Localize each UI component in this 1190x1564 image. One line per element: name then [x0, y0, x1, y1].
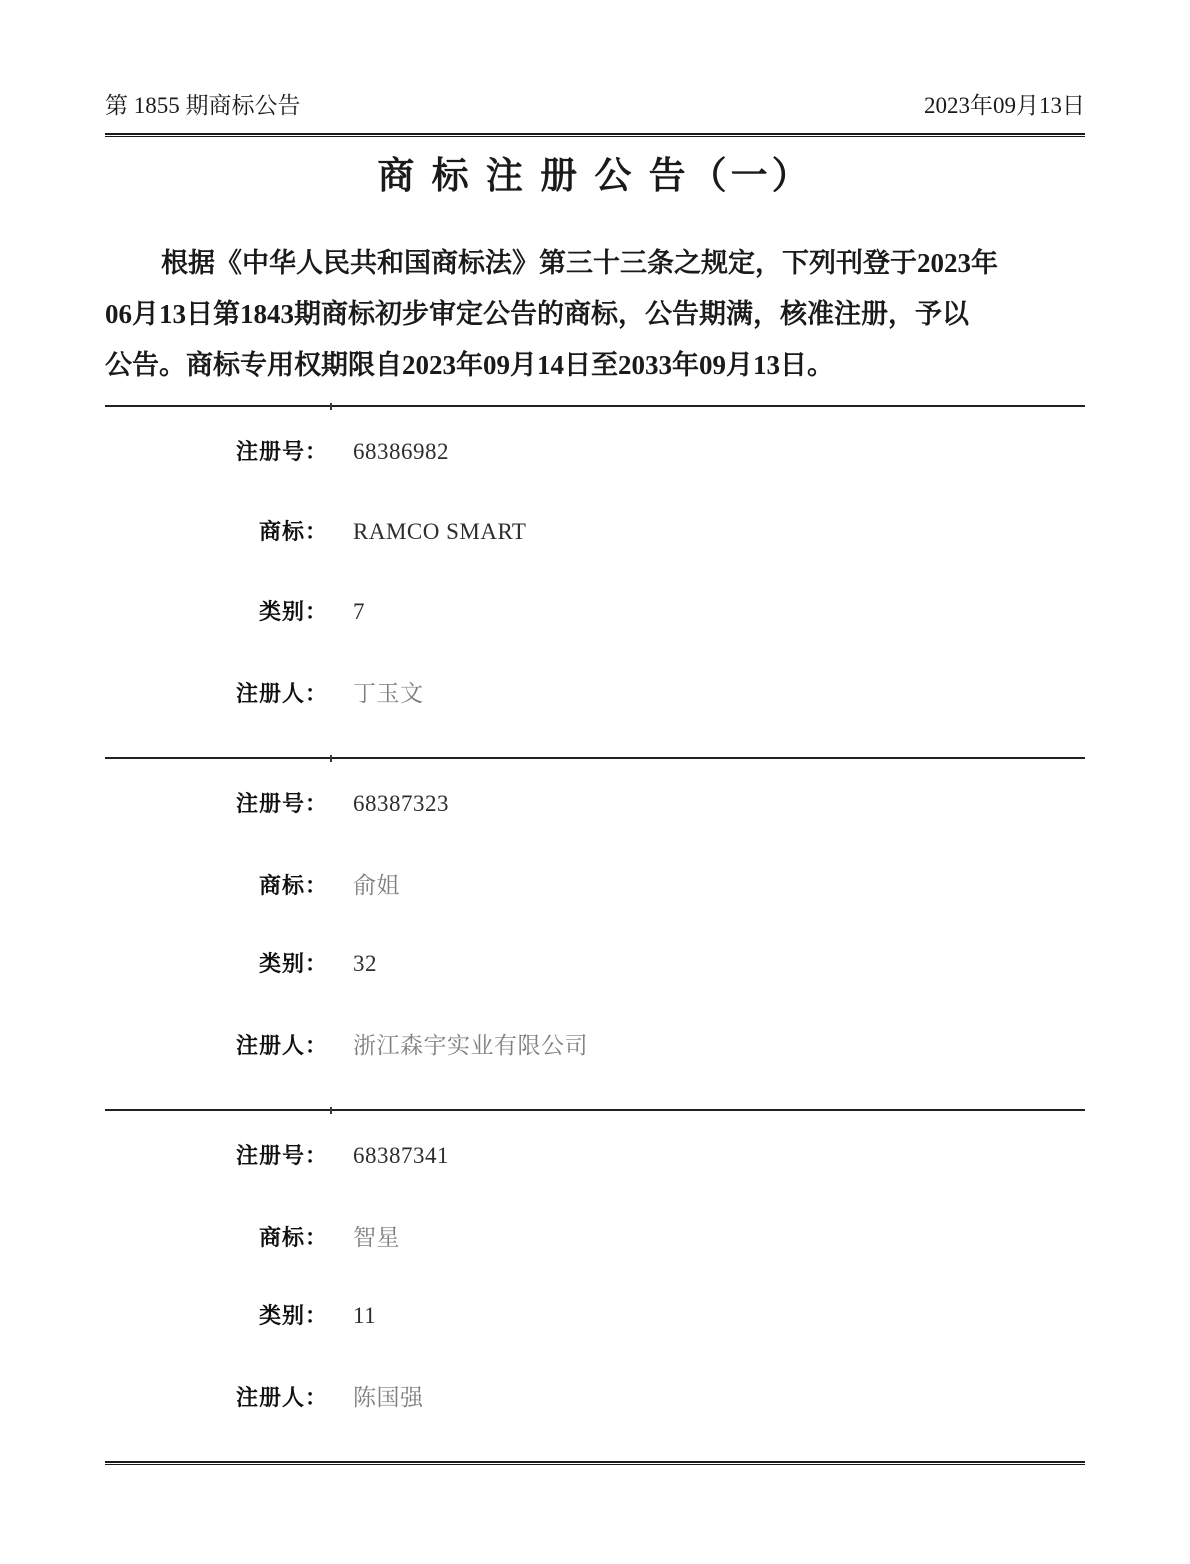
- page-header: 第 1855 期商标公告 2023年09月13日: [105, 0, 1085, 120]
- trademark-record: 注册号： 68386982 商标： RAMCO SMART 类别： 7 注册人：…: [105, 407, 1085, 757]
- field-label-registrant: 注册人：: [105, 1381, 328, 1412]
- field-value-reg-no: 68387341: [353, 1143, 449, 1169]
- page-title: 商 标 注 册 公 告（一）: [105, 153, 1085, 201]
- field-label-trademark: 商标：: [105, 515, 328, 546]
- issue-label: 第 1855 期商标公告: [105, 92, 301, 120]
- field-row-registrant: 注册人： 陈国强: [105, 1379, 1085, 1406]
- field-row-category: 类别： 11: [105, 1299, 1085, 1326]
- divider-tick: [330, 1107, 332, 1114]
- document-page: 第 1855 期商标公告 2023年09月13日 商 标 注 册 公 告（一） …: [0, 0, 1190, 1465]
- field-label-trademark: 商标：: [105, 869, 328, 900]
- field-row-reg-no: 注册号： 68386982: [105, 435, 1085, 462]
- intro-line: 根据《中华人民共和国商标法》第三十三条之规定，下列刊登于2023年: [105, 238, 1085, 289]
- intro-line: 公告。商标专用权期限自2023年09月14日至2033年09月13日。: [105, 340, 1085, 391]
- field-row-trademark: 商标： 俞姐: [105, 867, 1085, 894]
- field-label-registrant: 注册人：: [105, 677, 328, 708]
- divider-tick: [330, 755, 332, 762]
- field-value-registrant: 丁玉文: [353, 675, 424, 708]
- trademark-record: 注册号： 68387341 商标： 智星 类别： 11 注册人： 陈国强: [105, 1111, 1085, 1461]
- record-divider: [105, 757, 1085, 759]
- field-value-trademark: RAMCO SMART: [353, 519, 526, 545]
- field-row-reg-no: 注册号： 68387323: [105, 787, 1085, 814]
- record-divider: [105, 1109, 1085, 1111]
- field-value-category: 11: [353, 1303, 376, 1329]
- field-label-category: 类别：: [105, 595, 328, 626]
- field-label-reg-no: 注册号：: [105, 787, 328, 818]
- field-label-category: 类别：: [105, 947, 328, 978]
- issue-date: 2023年09月13日: [924, 92, 1085, 120]
- field-row-registrant: 注册人： 浙江森宇实业有限公司: [105, 1027, 1085, 1054]
- field-row-category: 类别： 7: [105, 595, 1085, 622]
- field-row-category: 类别： 32: [105, 947, 1085, 974]
- field-value-category: 32: [353, 951, 377, 977]
- field-value-reg-no: 68387323: [353, 791, 449, 817]
- field-label-registrant: 注册人：: [105, 1029, 328, 1060]
- field-label-reg-no: 注册号：: [105, 1139, 328, 1170]
- divider-tick: [330, 403, 332, 410]
- field-value-category: 7: [353, 599, 365, 625]
- trademark-record: 注册号： 68387323 商标： 俞姐 类别： 32 注册人： 浙江森宇实业有…: [105, 759, 1085, 1109]
- record-divider: [105, 405, 1085, 407]
- intro-line: 06月13日第1843期商标初步审定公告的商标，公告期满，核准注册，予以: [105, 289, 1085, 340]
- field-row-trademark: 商标： 智星: [105, 1219, 1085, 1246]
- field-label-reg-no: 注册号：: [105, 435, 328, 466]
- field-value-reg-no: 68386982: [353, 439, 449, 465]
- intro-paragraph: 根据《中华人民共和国商标法》第三十三条之规定，下列刊登于2023年 06月13日…: [105, 238, 1085, 391]
- bottom-rule: [105, 1461, 1085, 1465]
- field-row-trademark: 商标： RAMCO SMART: [105, 515, 1085, 542]
- header-rule: [105, 133, 1085, 137]
- field-row-reg-no: 注册号： 68387341: [105, 1139, 1085, 1166]
- field-row-registrant: 注册人： 丁玉文: [105, 675, 1085, 702]
- field-value-trademark: 智星: [353, 1219, 400, 1252]
- records-section: 注册号： 68386982 商标： RAMCO SMART 类别： 7 注册人：…: [105, 405, 1085, 1465]
- field-value-registrant: 浙江森宇实业有限公司: [353, 1027, 588, 1060]
- field-label-trademark: 商标：: [105, 1221, 328, 1252]
- field-label-category: 类别：: [105, 1299, 328, 1330]
- field-value-registrant: 陈国强: [353, 1379, 424, 1412]
- field-value-trademark: 俞姐: [353, 867, 400, 900]
